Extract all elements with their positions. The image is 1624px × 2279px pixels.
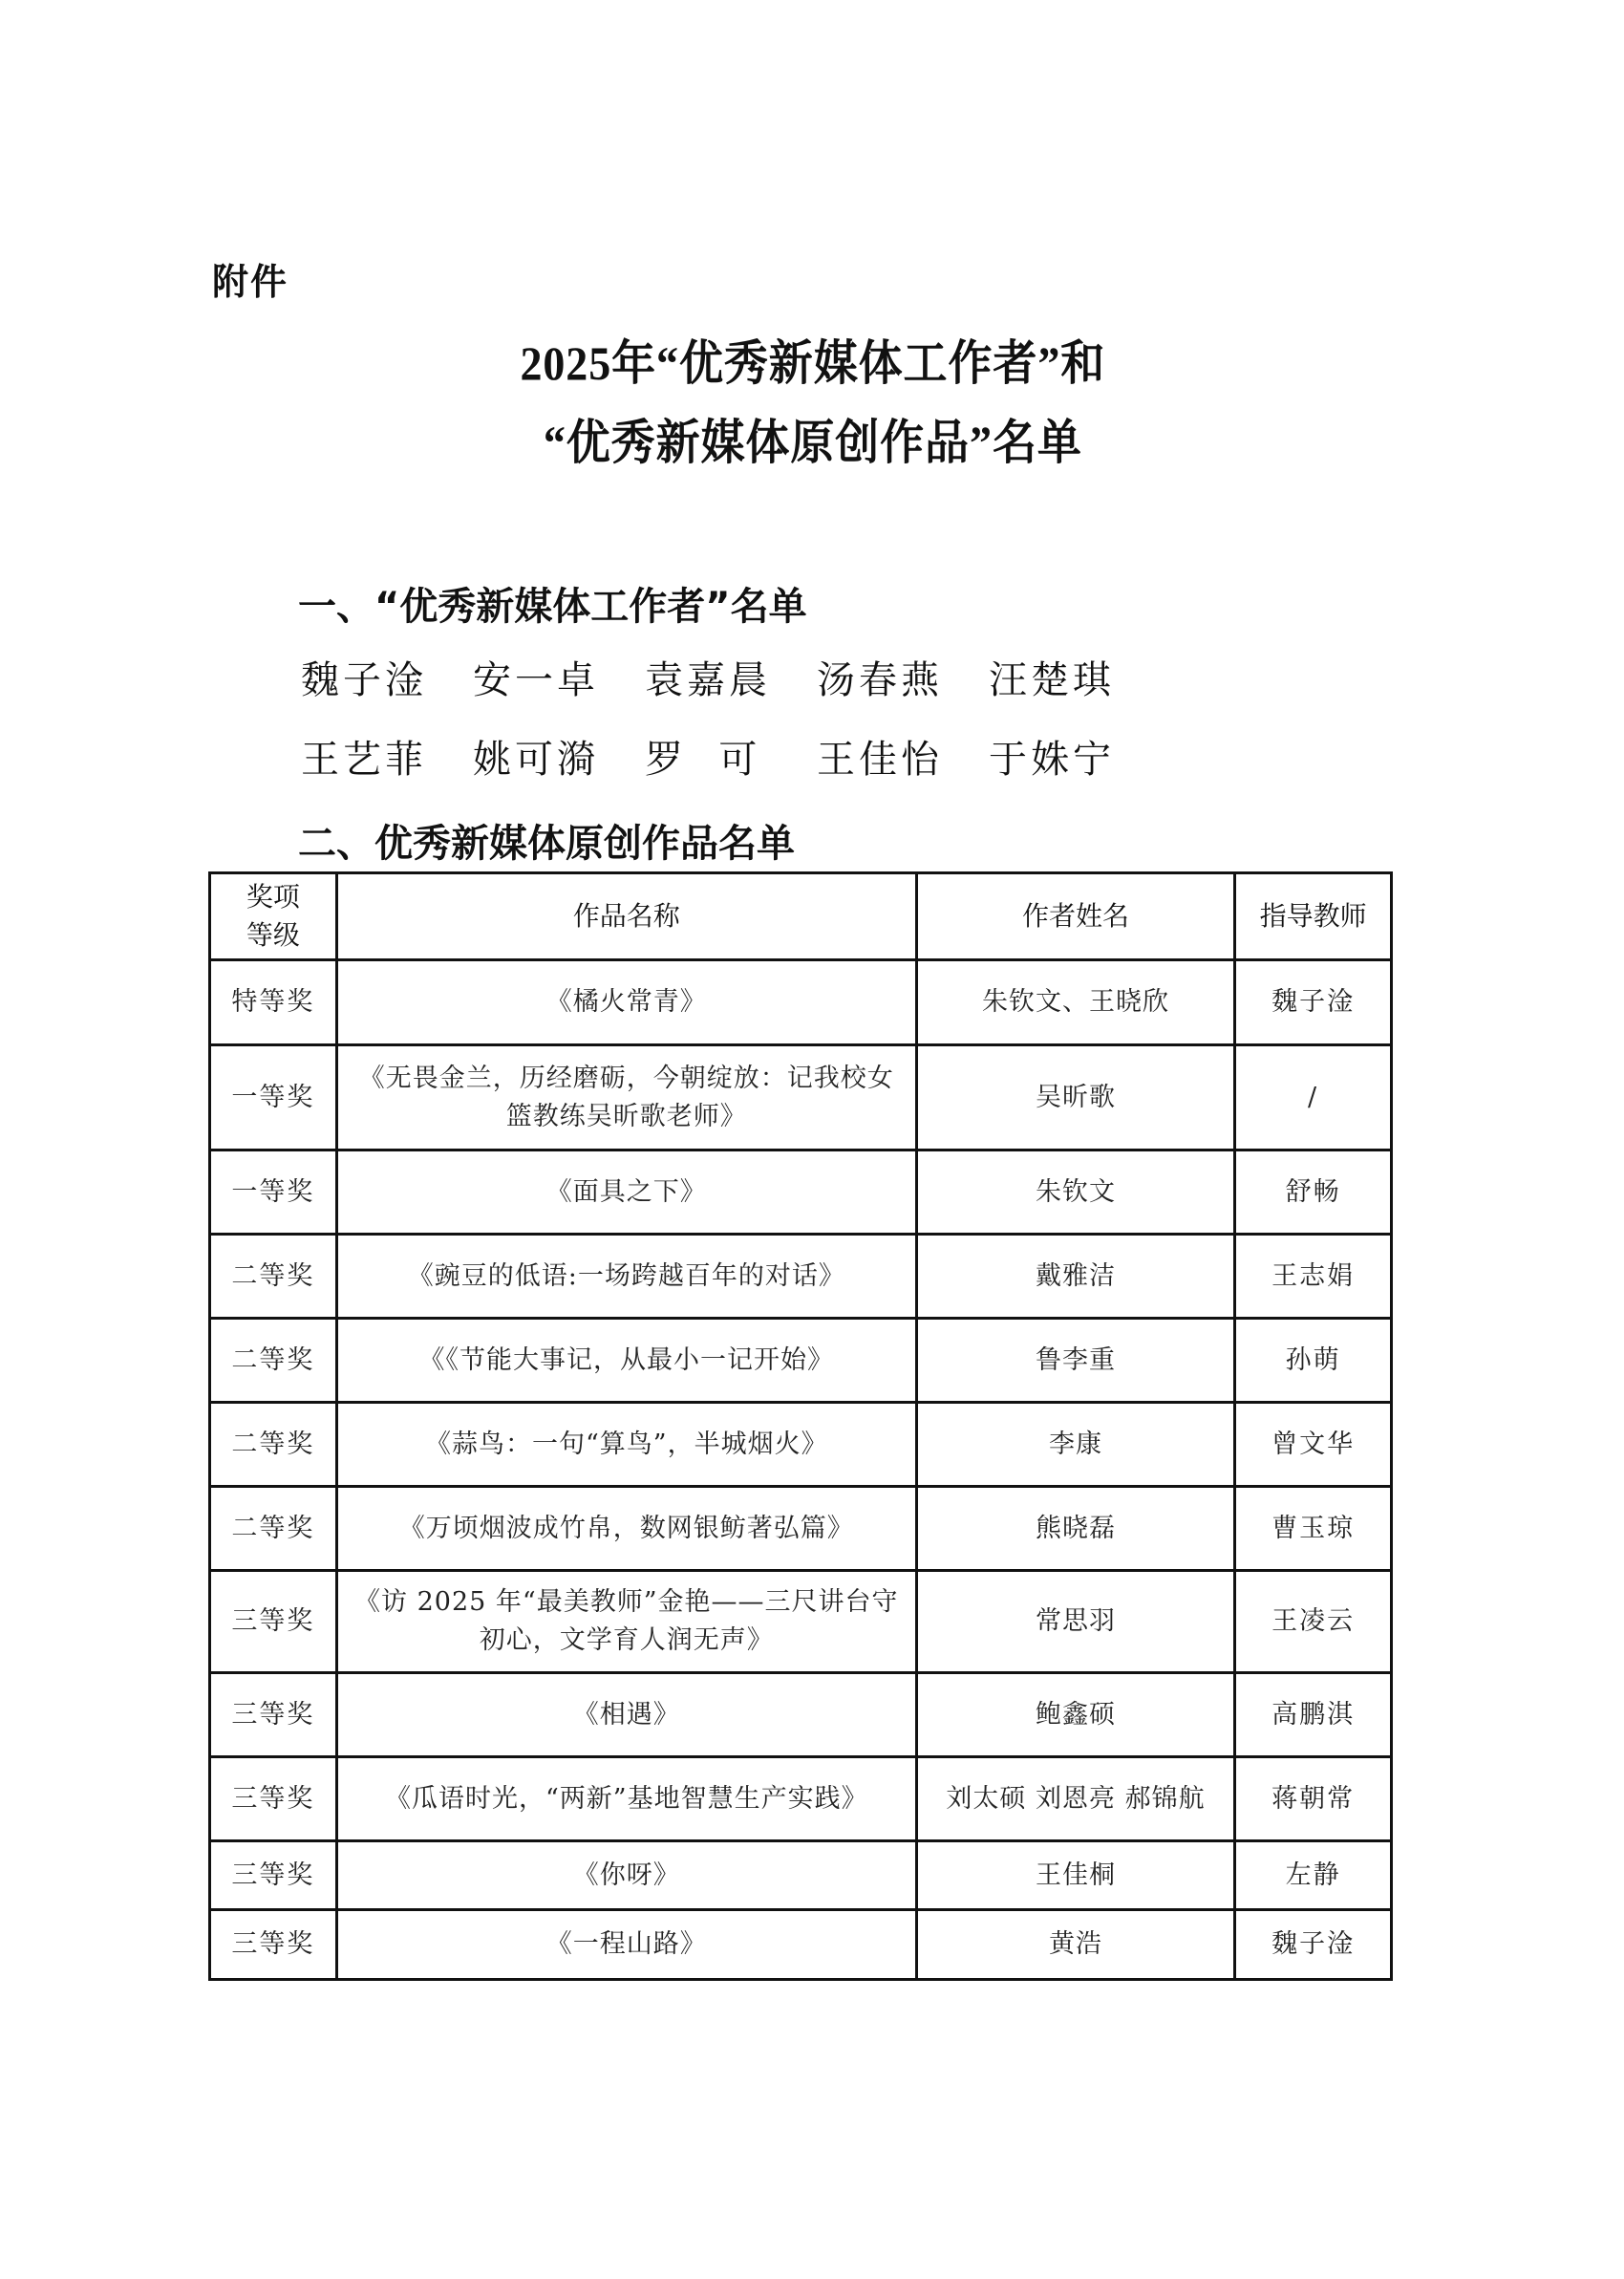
table-row: 特等奖 《橘火常青》 朱钦文、王晓欣 魏子淦 xyxy=(210,960,1392,1045)
advisor-cell: 蒋朝常 xyxy=(1235,1757,1392,1841)
advisor-cell: 左静 xyxy=(1235,1841,1392,1910)
advisor-cell: 王志娟 xyxy=(1235,1235,1392,1319)
table-row: 二等奖 《《节能大事记，从最小一记开始》 鲁李重 孙萌 xyxy=(210,1319,1392,1403)
author-cell: 戴雅洁 xyxy=(916,1235,1234,1319)
author-cell: 熊晓磊 xyxy=(916,1487,1234,1571)
section-heading-new-media-workers: 一、“优秀新媒体工作者”名单 xyxy=(298,583,807,631)
work-title-cell: 《面具之下》 xyxy=(336,1150,916,1235)
document-title-line-2: “优秀新媒体原创作品”名单 xyxy=(66,414,1560,471)
name-item: 姚可漪 xyxy=(473,737,645,783)
header-author-name: 作者姓名 xyxy=(916,873,1234,960)
work-title-cell: 《《节能大事记，从最小一记开始》 xyxy=(336,1319,916,1403)
table-row: 三等奖 《你呀》 王佳桐 左静 xyxy=(210,1841,1392,1910)
advisor-cell: 曹玉琼 xyxy=(1235,1487,1392,1571)
work-title-cell: 《一程山路》 xyxy=(336,1910,916,1980)
award-table: 奖项 等级 作品名称 作者姓名 指导教师 特等奖 《橘火常青》 朱钦文、王晓欣 … xyxy=(208,871,1393,1981)
header-award-level-line-1: 奖项 xyxy=(221,878,326,916)
award-level-cell: 一等奖 xyxy=(210,1045,337,1150)
award-level-cell: 一等奖 xyxy=(210,1150,337,1235)
author-cell: 朱钦文、王晓欣 xyxy=(916,960,1234,1045)
table-row: 三等奖 《瓜语时光，“两新”基地智慧生产实践》 刘太硕 刘恩亮 郝锦航 蒋朝常 xyxy=(210,1757,1392,1841)
name-item: 罗 可 xyxy=(645,737,817,783)
header-award-level: 奖项 等级 xyxy=(210,873,337,960)
author-cell: 吴昕歌 xyxy=(916,1045,1234,1150)
name-item: 王艺菲 xyxy=(301,737,473,783)
author-cell: 刘太硕 刘恩亮 郝锦航 xyxy=(916,1757,1234,1841)
award-level-cell: 三等奖 xyxy=(210,1757,337,1841)
table-header-row: 奖项 等级 作品名称 作者姓名 指导教师 xyxy=(210,873,1392,960)
name-item: 安一卓 xyxy=(473,657,645,703)
header-advisor: 指导教师 xyxy=(1235,873,1392,960)
author-cell: 鲁李重 xyxy=(916,1319,1234,1403)
award-level-cell: 二等奖 xyxy=(210,1319,337,1403)
advisor-cell: 魏子淦 xyxy=(1235,960,1392,1045)
work-title-cell: 《你呀》 xyxy=(336,1841,916,1910)
work-title-cell: 《访 2025 年“最美教师”金艳——三尺讲台守初心，文学育人润无声》 xyxy=(336,1571,916,1673)
names-row-1: 魏子淦 安一卓 袁嘉晨 汤春燕 汪楚琪 xyxy=(301,657,1161,703)
work-title-cell: 《橘火常青》 xyxy=(336,960,916,1045)
table-row: 三等奖 《访 2025 年“最美教师”金艳——三尺讲台守初心，文学育人润无声》 … xyxy=(210,1571,1392,1673)
award-level-cell: 二等奖 xyxy=(210,1487,337,1571)
work-title-cell: 《蒜鸟：一句“算鸟”，半城烟火》 xyxy=(336,1403,916,1487)
document-title-line-1: 2025年“优秀新媒体工作者”和 xyxy=(66,334,1560,392)
name-item: 于姝宁 xyxy=(989,737,1161,783)
names-row-2: 王艺菲 姚可漪 罗 可 王佳怡 于姝宁 xyxy=(301,737,1161,783)
author-cell: 鲍鑫硕 xyxy=(916,1673,1234,1757)
name-item: 魏子淦 xyxy=(301,657,473,703)
work-title-cell: 《相遇》 xyxy=(336,1673,916,1757)
advisor-cell: 王凌云 xyxy=(1235,1571,1392,1673)
award-level-cell: 三等奖 xyxy=(210,1910,337,1980)
award-level-cell: 三等奖 xyxy=(210,1571,337,1673)
author-cell: 王佳桐 xyxy=(916,1841,1234,1910)
attachment-label: 附件 xyxy=(212,260,288,304)
work-title-cell: 《瓜语时光，“两新”基地智慧生产实践》 xyxy=(336,1757,916,1841)
author-cell: 常思羽 xyxy=(916,1571,1234,1673)
award-level-cell: 二等奖 xyxy=(210,1235,337,1319)
award-level-cell: 三等奖 xyxy=(210,1841,337,1910)
table-row: 一等奖 《无畏金兰，历经磨砺，今朝绽放：记我校女篮教练吴昕歌老师》 吴昕歌 / xyxy=(210,1045,1392,1150)
advisor-cell: 曾文华 xyxy=(1235,1403,1392,1487)
table-row: 一等奖 《面具之下》 朱钦文 舒畅 xyxy=(210,1150,1392,1235)
table-row: 二等奖 《万顷烟波成竹帛，数网银鲂著弘篇》 熊晓磊 曹玉琼 xyxy=(210,1487,1392,1571)
table-row: 二等奖 《蒜鸟：一句“算鸟”，半城烟火》 李康 曾文华 xyxy=(210,1403,1392,1487)
advisor-cell: 魏子淦 xyxy=(1235,1910,1392,1980)
work-title-cell: 《豌豆的低语:一场跨越百年的对话》 xyxy=(336,1235,916,1319)
header-award-level-line-2: 等级 xyxy=(221,916,326,955)
section-heading-original-works: 二、优秀新媒体原创作品名单 xyxy=(298,820,795,868)
author-cell: 李康 xyxy=(916,1403,1234,1487)
work-title-cell: 《无畏金兰，历经磨砺，今朝绽放：记我校女篮教练吴昕歌老师》 xyxy=(336,1045,916,1150)
author-cell: 黄浩 xyxy=(916,1910,1234,1980)
author-cell: 朱钦文 xyxy=(916,1150,1234,1235)
advisor-cell: / xyxy=(1235,1045,1392,1150)
work-title-cell: 《万顷烟波成竹帛，数网银鲂著弘篇》 xyxy=(336,1487,916,1571)
award-level-cell: 特等奖 xyxy=(210,960,337,1045)
name-item: 袁嘉晨 xyxy=(645,657,817,703)
advisor-cell: 孙萌 xyxy=(1235,1319,1392,1403)
header-work-title: 作品名称 xyxy=(336,873,916,960)
table-row: 三等奖 《一程山路》 黄浩 魏子淦 xyxy=(210,1910,1392,1980)
name-item: 汪楚琪 xyxy=(989,657,1161,703)
name-item: 汤春燕 xyxy=(817,657,989,703)
table-row: 三等奖 《相遇》 鲍鑫硕 高鹏淇 xyxy=(210,1673,1392,1757)
name-item: 王佳怡 xyxy=(817,737,989,783)
advisor-cell: 高鹏淇 xyxy=(1235,1673,1392,1757)
award-level-cell: 三等奖 xyxy=(210,1673,337,1757)
advisor-cell: 舒畅 xyxy=(1235,1150,1392,1235)
table-row: 二等奖 《豌豆的低语:一场跨越百年的对话》 戴雅洁 王志娟 xyxy=(210,1235,1392,1319)
award-level-cell: 二等奖 xyxy=(210,1403,337,1487)
